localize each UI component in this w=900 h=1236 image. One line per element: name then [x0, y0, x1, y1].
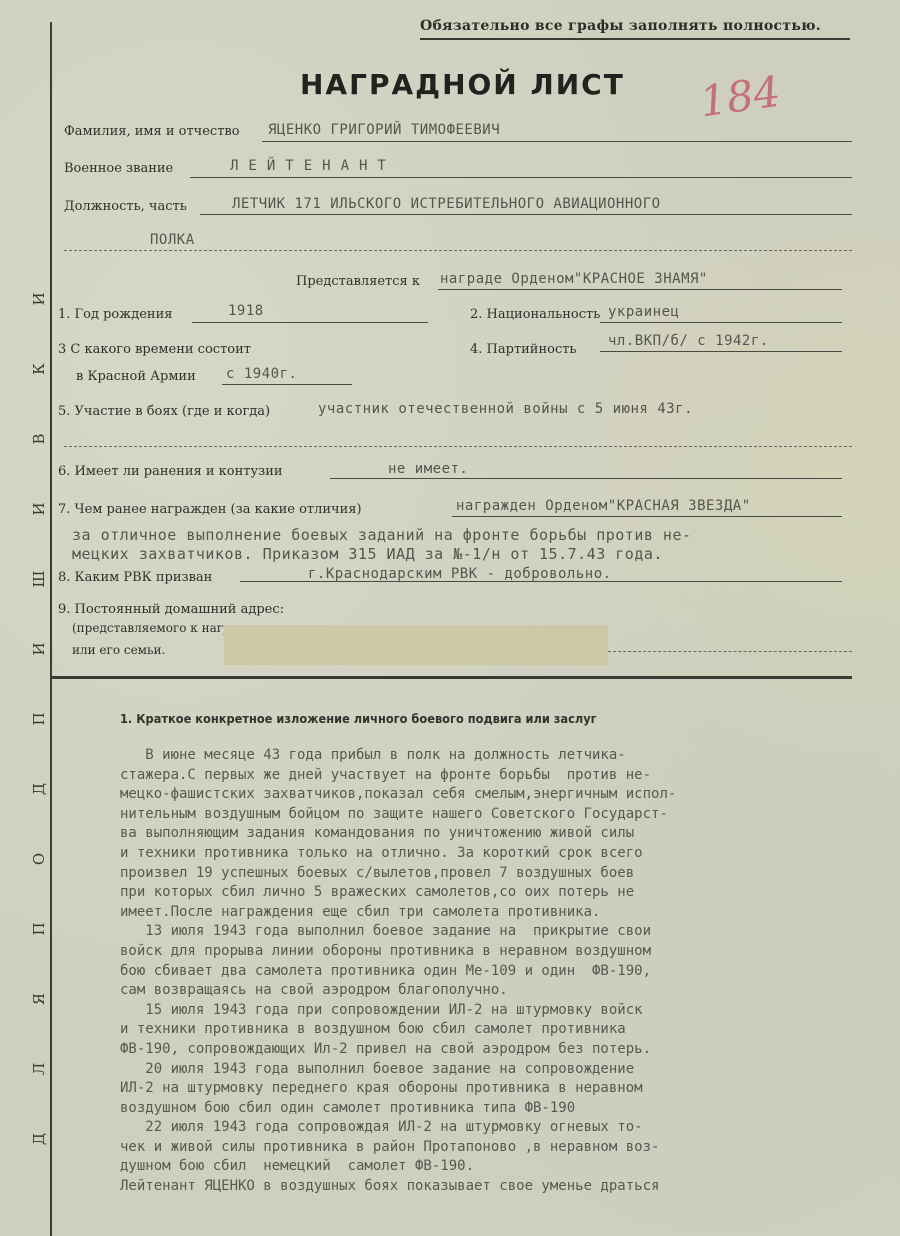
narrative-line: душном бою сбил немецкий самолет ФВ-190. [120, 1157, 880, 1177]
birth-year-value: 1918 [228, 303, 264, 319]
narrative-line: 13 июля 1943 года выполнил боевое задани… [120, 922, 880, 942]
narrative-heading: 1. Краткое конкретное изложение личного … [120, 712, 597, 726]
narrative-line: 20 июля 1943 года выполнил боевое задани… [120, 1060, 880, 1080]
since-label-line2: в Красной Армии [76, 369, 196, 384]
fill-all-fields-notice: Обязательно все графы заполнять полность… [420, 18, 850, 40]
position-value-line2: ПОЛКА [150, 232, 195, 248]
party-underline [600, 351, 842, 352]
nationality-label: 2. Национальность [470, 307, 600, 322]
name-value: ЯЦЕНКО ГРИГОРИЙ ТИМОФЕЕВИЧ [268, 122, 500, 138]
narrative-line: стажера.С первых же дней участвует на фр… [120, 766, 880, 786]
narrative-line: ИЛ-2 на штурмовку переднего края обороны… [120, 1079, 880, 1099]
narrative-line: ва выполняющим задания командования по у… [120, 824, 880, 844]
margin-letter: И [30, 640, 48, 658]
since-value: с 1940г. [226, 366, 297, 382]
narrative-line: воздушном бою сбил один самолет противни… [120, 1099, 880, 1119]
margin-letter: Ш [30, 570, 48, 588]
presented-underline [438, 289, 842, 290]
margin-letter: П [30, 710, 48, 728]
awards-label: 7. Чем ранее награжден (за какие отличия… [58, 502, 362, 517]
address-underline [608, 651, 852, 652]
address-label-line1: 9. Постоянный домашний адрес: [58, 602, 284, 617]
wounds-label: 6. Имеет ли ранения и контузии [58, 464, 283, 479]
narrative-line: и техники противника только на отлично. … [120, 844, 880, 864]
position-underline [200, 214, 852, 215]
rank-label: Военное звание [64, 161, 173, 176]
narrative-line: войск для прорыва линии обороны противни… [120, 942, 880, 962]
narrative-line: нительным воздушным бойцом по защите наш… [120, 805, 880, 825]
award-presented-value: награде Орденом"КРАСНОЕ ЗНАМЯ" [440, 271, 708, 287]
address-redacted-block [224, 625, 608, 665]
since-underline [222, 384, 352, 385]
narrative-line: и техники противника в воздушном бою сби… [120, 1020, 880, 1040]
margin-letter: Я [30, 990, 48, 1008]
wounds-value: не имеет. [388, 461, 468, 477]
rvk-label: 8. Каким РВК призван [58, 570, 212, 585]
narrative-line: Лейтенант ЯЦЕНКО в воздушных боях показы… [120, 1177, 880, 1197]
since-label-line1: 3 С какого времени состоит [58, 342, 251, 357]
position-value: ЛЕТЧИК 171 ИЛЬСКОГО ИСТРЕБИТЕЛЬНОГО АВИА… [232, 196, 661, 212]
rvk-value: г.Краснодарским РВК - добровольно. [308, 566, 612, 582]
position-label: Должность, часть [64, 199, 187, 214]
narrative-line: произвел 19 успешных боевых с/вылетов,пр… [120, 864, 880, 884]
narrative-line: чек и живой силы противника в район Прот… [120, 1138, 880, 1158]
margin-letter: Л [30, 1060, 48, 1078]
rank-underline [190, 177, 852, 178]
handwritten-number-stamp: 184 [697, 67, 783, 127]
margin-letter: И [30, 290, 48, 308]
margin-letter: В [30, 430, 48, 448]
position-underline-2 [64, 250, 852, 251]
address-label-line3: или его семьи. [72, 643, 165, 657]
margin-letter: П [30, 920, 48, 938]
battles-underline [64, 446, 852, 447]
wounds-underline [330, 478, 842, 479]
margin-letter: К [30, 360, 48, 378]
awards-value-line2: за отличное выполнение боевых заданий на… [72, 526, 692, 544]
battles-value: участник отечественной войны с 5 июня 43… [318, 401, 693, 417]
narrative-body: В июне месяце 43 года прибыл в полк на д… [120, 746, 880, 1197]
rvk-underline [240, 581, 842, 582]
narrative-line: имеет.После награждения еще сбил три сам… [120, 903, 880, 923]
rank-value: ЛЕЙТЕНАНТ [230, 158, 396, 174]
birth-year-underline [192, 322, 428, 323]
margin-letter: Д [30, 780, 48, 798]
margin-letter: И [30, 500, 48, 518]
party-value: чл.ВКП/б/ с 1942г. [608, 333, 769, 349]
awards-value-line3: мецких захватчиков. Приказом 315 ИАД за … [72, 545, 663, 563]
section-divider [52, 676, 852, 679]
name-label: Фамилия, имя и отчество [64, 124, 240, 139]
narrative-line: сам возвращаясь на свой аэродром благопо… [120, 981, 880, 1001]
awards-underline [452, 516, 842, 517]
birth-year-label: 1. Год рождения [58, 307, 172, 322]
awards-value: награжден Орденом"КРАСНАЯ ЗВЕЗДА" [456, 498, 751, 514]
margin-letter: О [30, 850, 48, 868]
document-title: НАГРАДНОЙ ЛИСТ [300, 68, 625, 101]
binding-margin-line [50, 22, 52, 1236]
narrative-line: 22 июля 1943 года сопровождая ИЛ-2 на шт… [120, 1118, 880, 1138]
narrative-line: В июне месяце 43 года прибыл в полк на д… [120, 746, 880, 766]
name-underline [262, 141, 852, 142]
presented-label: Представляется к [296, 274, 420, 289]
battles-label: 5. Участие в боях (где и когда) [58, 404, 270, 419]
nationality-underline [600, 322, 842, 323]
narrative-line: бою сбивает два самолета противника один… [120, 962, 880, 982]
party-label: 4. Партийность [470, 342, 577, 357]
narrative-line: 15 июля 1943 года при сопровождении ИЛ-2… [120, 1001, 880, 1021]
narrative-line: мецко-фашистских захватчиков,показал себ… [120, 785, 880, 805]
margin-letter: Д [30, 1130, 48, 1148]
narrative-line: при которых сбил лично 5 вражеских самол… [120, 883, 880, 903]
nationality-value: украинец [608, 304, 679, 320]
narrative-line: ФВ-190, сопровождающих Ил-2 привел на св… [120, 1040, 880, 1060]
